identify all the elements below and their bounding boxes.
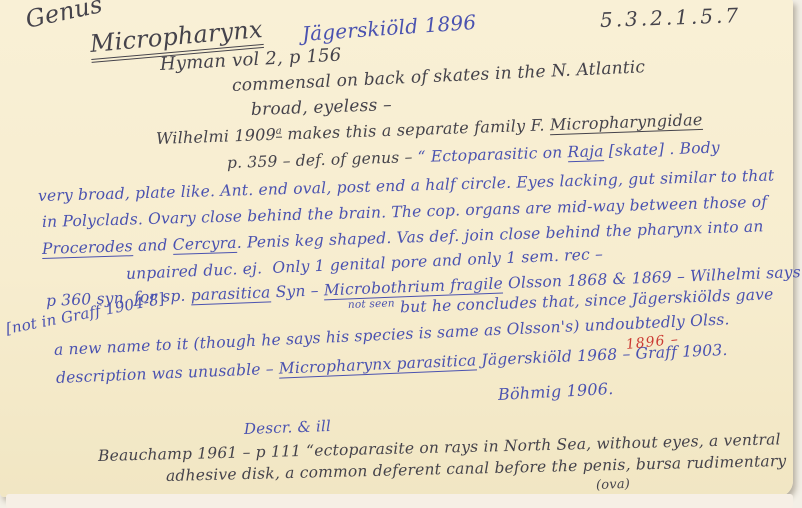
description-prefix: description was unusable –: [56, 360, 280, 387]
parasitica-species: parasitica: [190, 283, 271, 305]
raja-genus: Raja: [567, 142, 604, 162]
p359-rest: [skate] . Body: [603, 139, 720, 161]
catalog-number: 5.3.2.1.5.7: [600, 3, 742, 32]
synonymy-mid: Syn –: [270, 281, 324, 301]
wilhelmi-prefix: Wilhelmi 1909: [156, 125, 277, 148]
note-broad-eyeless: broad, eyeless –: [251, 95, 392, 120]
cercyra-genus: Cercyra: [172, 234, 237, 255]
definition-line-3-and: and: [133, 236, 174, 255]
descr-ill-label: Descr. & ill: [244, 417, 332, 438]
bohmig-reference: Böhmig 1906.: [498, 379, 614, 404]
index-card: Genus Micropharynx Jägerskiöld 1896 5.3.…: [0, 0, 793, 497]
family-name: Micropharyngidae: [550, 110, 703, 135]
card-below-edge: [6, 494, 793, 508]
beauchamp-ova-note: (ova): [596, 477, 631, 493]
procerodes-genus: Procerodes: [42, 237, 133, 259]
genus-authority: Jägerskiöld 1896: [301, 10, 477, 46]
note-p359-definition: p. 359 – def. of genus – “ Ectoparasitic…: [227, 139, 720, 172]
wilhelmi-mid: makes this a separate family F.: [282, 115, 551, 143]
micropharynx-parasitica-species: Micropharynx parasitica: [278, 351, 476, 378]
not-seen-insertion: not seen: [348, 297, 395, 311]
genus-label: Genus: [23, 0, 105, 34]
p359-prefix: p. 359 – def. of genus –: [227, 148, 418, 172]
p359-quote-open: “ Ectoparasitic on: [417, 143, 567, 166]
description-rest: Jägerskiöld 1968 – Graff 1903.: [476, 341, 728, 370]
